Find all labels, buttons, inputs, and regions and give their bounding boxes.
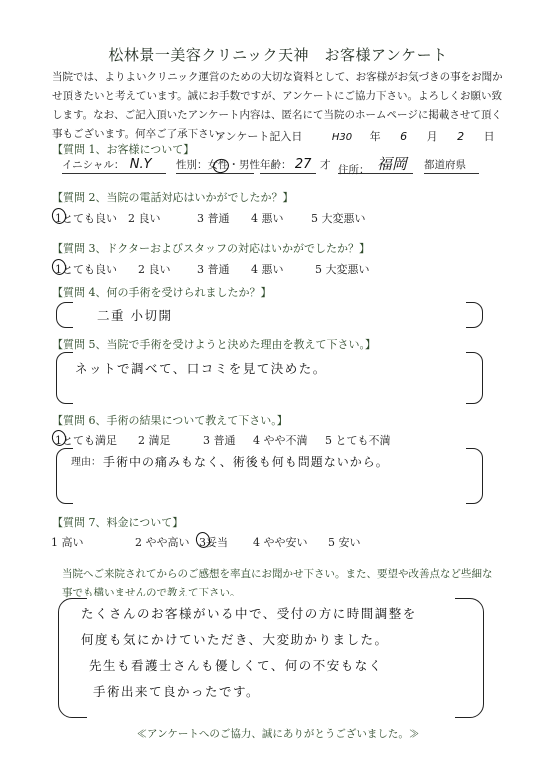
- q2-option-4[interactable]: 4 悪い: [251, 210, 284, 226]
- q2-options: 1とても良い 2 良い 3 普通 4 悪い 5 大変悪い: [55, 210, 515, 226]
- gender-label: 性別：: [176, 159, 208, 171]
- q6-reason: 手術中の痛みもなく、術後も何も問題ないから。: [103, 453, 389, 470]
- date-month[interactable]: 6: [400, 130, 407, 143]
- age-value: 27: [295, 157, 312, 172]
- footer-thanks: ≪アンケートへのご協力、誠にありがとうございました。≫: [0, 726, 556, 741]
- q1-profile-row: イニシャル： N.Y 性別：女性・男性 年齢： 27 才 住所： 福岡 都道府県: [62, 157, 542, 177]
- q2-option-3[interactable]: 3 普通: [197, 210, 230, 226]
- comment-line: 先生も看護士さんも優しくて、何の不安もなく: [81, 653, 417, 679]
- q7-heading: 【質問 7、料金について】: [52, 514, 183, 530]
- initial-value: N.Y: [130, 157, 152, 172]
- address-value: 福岡: [377, 155, 407, 173]
- q3-option-5[interactable]: 5 大変悪い: [315, 261, 370, 277]
- date-day[interactable]: 2: [457, 130, 464, 143]
- gender-female-option[interactable]: 女性: [208, 159, 229, 171]
- comment-line: たくさんのお客様がいる中で、受付の方に時間調整を: [81, 601, 417, 627]
- q5-answer-box[interactable]: ネットで調べて、口コミを見て決めた。: [56, 352, 483, 404]
- q3-option-3[interactable]: 3 普通: [197, 261, 230, 277]
- q7-option-1[interactable]: 1 高い: [51, 534, 84, 550]
- address-field[interactable]: 住所： 福岡: [338, 157, 413, 174]
- age-label: 年齢：: [260, 159, 292, 171]
- age-unit: 才: [320, 157, 331, 172]
- form-title: 松林景一美容クリニック天神 お客様アンケート: [0, 44, 556, 65]
- q6-heading: 【質問 6、手術の結果について教えて下さい。】: [52, 412, 288, 428]
- q6-reason-label: 理由：: [71, 453, 101, 468]
- address-suffix: 都道府県: [424, 157, 479, 174]
- q2-option-2[interactable]: 2 良い: [128, 210, 161, 226]
- gender-field[interactable]: 性別：女性・男性: [176, 157, 254, 174]
- q3-option-4[interactable]: 4 悪い: [251, 261, 284, 277]
- q5-answer: ネットで調べて、口コミを見て決めた。: [75, 359, 327, 377]
- q2-option-5[interactable]: 5 大変悪い: [311, 210, 366, 226]
- address-label: 住所：: [338, 164, 370, 176]
- q7-option-2[interactable]: 2 やや高い: [135, 534, 190, 550]
- date-era-year[interactable]: H30: [332, 132, 352, 143]
- day-label: 日: [484, 128, 495, 144]
- survey-date: アンケート記入日 H30 年 6 月 2 日: [215, 128, 495, 144]
- q7-options: 1 高い 2 やや高い 3妥当 4 やや安い 5 安い: [51, 534, 511, 550]
- q4-answer-box[interactable]: 二重 小切開: [56, 302, 483, 328]
- comment-line: 何度も気にかけていただき、大変助かりました。: [81, 627, 417, 653]
- comments-box[interactable]: たくさんのお客様がいる中で、受付の方に時間調整を 何度も気にかけていただき、大変…: [58, 598, 484, 718]
- q3-options: 1とても良い 2 良い 3 普通 4 悪い 5 大変悪い: [55, 261, 515, 277]
- q1-heading: 【質問 1、お客様について】: [52, 141, 194, 157]
- q7-option-4[interactable]: 4 やや安い: [253, 534, 308, 550]
- date-label: アンケート記入日: [215, 128, 302, 144]
- age-field[interactable]: 年齢： 27: [260, 157, 316, 174]
- q3-option-2[interactable]: 2 良い: [138, 261, 171, 277]
- year-label: 年: [370, 128, 381, 144]
- q6-reason-box[interactable]: 理由： 手術中の痛みもなく、術後も何も問題ないから。: [56, 448, 483, 504]
- month-label: 月: [427, 128, 438, 144]
- initial-field[interactable]: イニシャル： N.Y: [62, 157, 166, 174]
- q7-option-5[interactable]: 5 安い: [328, 534, 361, 550]
- q3-heading: 【質問 3、ドクターおよびスタッフの対応はいかがでしたか？】: [52, 240, 370, 256]
- comment-line: 手術出来て良かったです。: [81, 679, 417, 705]
- q4-answer: 二重 小切開: [97, 306, 172, 324]
- q2-heading: 【質問 2、当院の電話対応はいかがでしたか？】: [52, 189, 294, 205]
- comments-text: たくさんのお客様がいる中で、受付の方に時間調整を 何度も気にかけていただき、大変…: [81, 601, 417, 705]
- q4-heading: 【質問 4、何の手術を受けられましたか？】: [52, 284, 272, 300]
- initial-label: イニシャル：: [62, 159, 124, 171]
- gender-male-option[interactable]: 男性: [239, 159, 260, 171]
